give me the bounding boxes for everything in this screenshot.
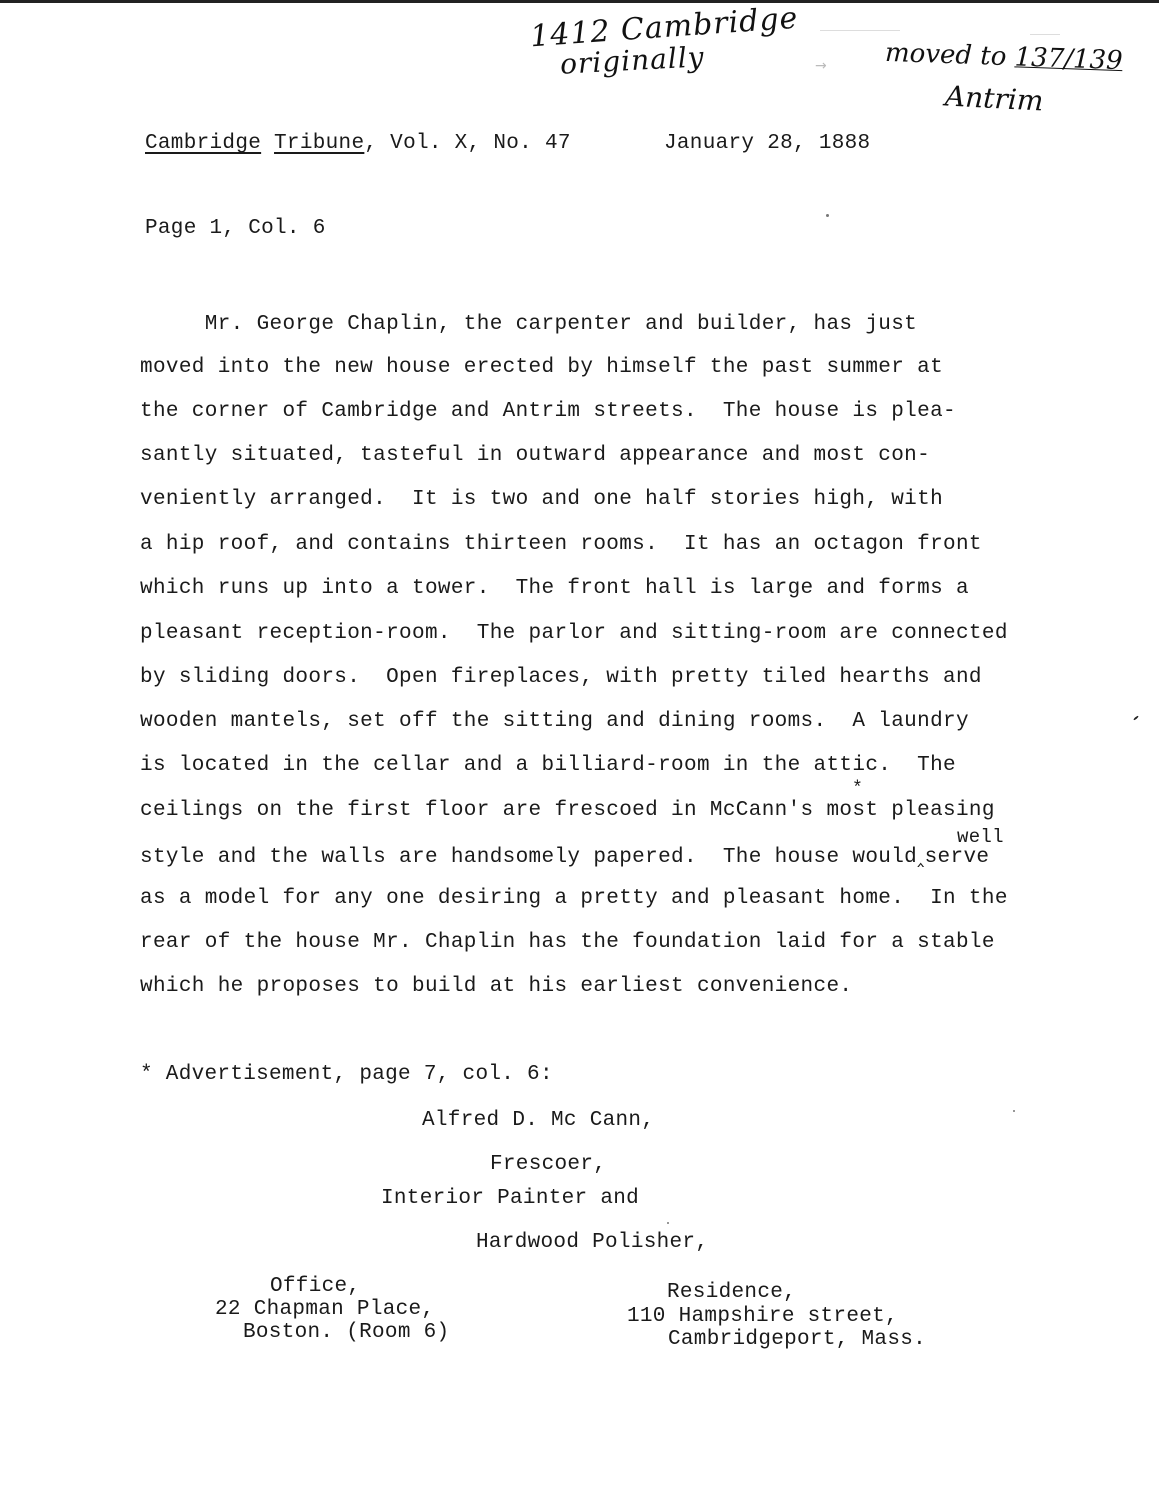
article-line: which runs up into a tower. The front ha… bbox=[140, 577, 969, 600]
faint-arrow-icon: → bbox=[815, 58, 827, 74]
paper-name-cambridge: Cambridge bbox=[145, 132, 261, 155]
article-line: as a model for any one desiring a pretty… bbox=[140, 887, 1008, 910]
article-line: pleasant reception-room. The parlor and … bbox=[140, 622, 1008, 645]
residence-address-2: Cambridgeport, Mass. bbox=[668, 1329, 926, 1350]
residence-address-1: 110 Hampshire street, bbox=[627, 1306, 898, 1327]
article-line: moved into the new house erected by hims… bbox=[140, 356, 943, 379]
faint-scribble bbox=[1030, 34, 1060, 35]
footnote-marker: * bbox=[852, 780, 863, 798]
article-line: ceilings on the first floor are frescoed… bbox=[140, 799, 995, 822]
page-reference: Page 1, Col. 6 bbox=[145, 218, 326, 239]
office-address-1: 22 Chapman Place, bbox=[215, 1299, 434, 1320]
article-line: wooden mantels, set off the sitting and … bbox=[140, 710, 969, 733]
article-line: by sliding doors. Open fireplaces, with … bbox=[140, 666, 982, 689]
footnote-heading: * Advertisement, page 7, col. 6: bbox=[140, 1064, 553, 1085]
article-line: santly situated, tasteful in outward app… bbox=[140, 444, 930, 467]
handwritten-new-number: 137/139 bbox=[1014, 42, 1123, 76]
inserted-word: well bbox=[957, 828, 1004, 847]
article-line: a hip roof, and contains thirteen rooms.… bbox=[140, 533, 982, 556]
advertiser-name: Alfred D. Mc Cann, bbox=[422, 1110, 654, 1131]
scan-speck bbox=[1133, 715, 1139, 720]
page-top-border bbox=[0, 0, 1159, 3]
advertiser-title-1: Frescoer, bbox=[490, 1154, 606, 1175]
handwritten-antrim: Antrim bbox=[944, 79, 1044, 117]
article-line: which he proposes to build at his earlie… bbox=[140, 975, 852, 998]
office-address-2: Boston. (Room 6) bbox=[243, 1322, 449, 1343]
scan-speck bbox=[1013, 1110, 1015, 1112]
publication-date: January 28, 1888 bbox=[664, 133, 870, 154]
advertiser-title-3: Hardwood Polisher, bbox=[476, 1232, 708, 1253]
article-line: the corner of Cambridge and Antrim stree… bbox=[140, 400, 956, 423]
office-label: Office, bbox=[270, 1276, 360, 1297]
faint-scribble bbox=[820, 30, 900, 31]
handwritten-moved-text: moved to bbox=[885, 38, 1007, 72]
paper-name-tribune: Tribune bbox=[274, 132, 364, 155]
article-line: is located in the cellar and a billiard-… bbox=[140, 754, 956, 777]
article-line: Mr. George Chaplin, the carpenter and bu… bbox=[140, 313, 917, 336]
article-line: veniently arranged. It is two and one ha… bbox=[140, 488, 943, 511]
citation-line: Cambridge Tribune, Vol. X, No. 47 bbox=[145, 133, 571, 154]
advertiser-title-2: Interior Painter and bbox=[381, 1188, 639, 1209]
handwritten-moved-to: moved to 137/139 bbox=[885, 38, 1124, 76]
article-line: rear of the house Mr. Chaplin has the fo… bbox=[140, 931, 995, 954]
handwritten-originally: originally bbox=[559, 40, 705, 81]
scan-speck bbox=[826, 214, 829, 217]
article-line: style and the walls are handsomely paper… bbox=[140, 843, 989, 869]
residence-label: Residence, bbox=[667, 1282, 796, 1303]
scan-speck bbox=[667, 1222, 669, 1224]
volume-info: , Vol. X, No. 47 bbox=[364, 132, 570, 155]
